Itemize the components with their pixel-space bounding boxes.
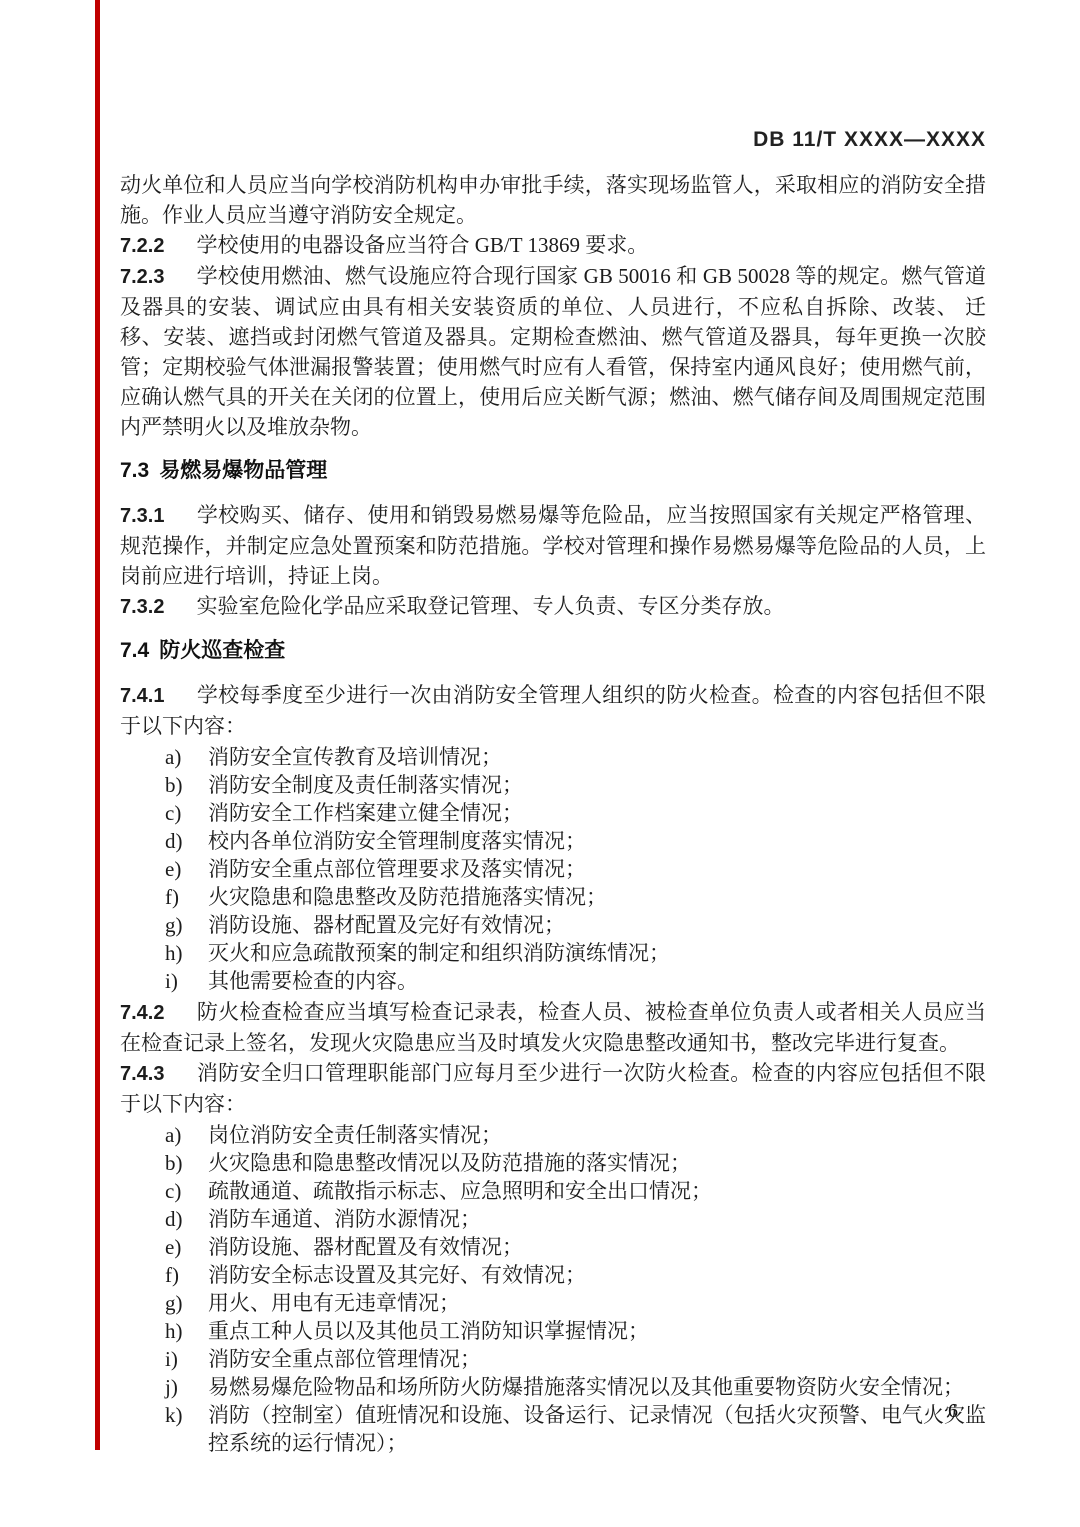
clause-text: 实验室危险化学品应采取登记管理、专人负责、专区分类存放。 — [196, 594, 784, 618]
section-heading-7-3: 7.3易燃易爆物品管理 — [120, 458, 986, 484]
list-item: e)消防设施、器材配置及有效情况； — [165, 1233, 986, 1261]
list-item-text: 重点工种人员以及其他员工消防知识掌握情况； — [208, 1317, 986, 1345]
list-item: i)其他需要检查的内容。 — [165, 967, 986, 995]
list-item-label: d) — [165, 1205, 208, 1233]
list-item: g)消防设施、器材配置及完好有效情况； — [165, 911, 986, 939]
section-number: 7.4 — [120, 639, 149, 662]
list-item: i)消防安全重点部位管理情况； — [165, 1345, 986, 1373]
list-item-text: 消防设施、器材配置及完好有效情况； — [208, 911, 986, 939]
list-item-text: 灭火和应急疏散预案的制定和组织消防演练情况； — [208, 939, 986, 967]
clause-7-2-3: 7.2.3学校使用燃油、燃气设施应符合现行国家 GB 50016 和 GB 50… — [120, 261, 986, 442]
list-item-text: 消防安全制度及责任制落实情况； — [208, 771, 986, 799]
list-item-text: 校内各单位消防安全管理制度落实情况； — [208, 827, 986, 855]
left-accent-bar — [95, 0, 100, 1450]
list-item: d)校内各单位消防安全管理制度落实情况； — [165, 827, 986, 855]
clause-text: 防火检查检查应当填写检查记录表，检查人员、被检查单位负责人或者相关人员应当在检查… — [120, 1000, 986, 1055]
list-item-text: 火灾隐患和隐患整改情况以及防范措施的落实情况； — [208, 1149, 986, 1177]
clause-number: 7.3.1 — [120, 505, 164, 527]
list-item: g)用火、用电有无违章情况； — [165, 1289, 986, 1317]
list-item: e)消防安全重点部位管理要求及落实情况； — [165, 855, 986, 883]
list-item: h)重点工种人员以及其他员工消防知识掌握情况； — [165, 1317, 986, 1345]
list-item-label: c) — [165, 799, 208, 827]
clause-number: 7.2.2 — [120, 235, 164, 257]
list-item-text: 疏散通道、疏散指示标志、应急照明和安全出口情况； — [208, 1177, 986, 1205]
clause-number: 7.2.3 — [120, 266, 164, 288]
list-item-text: 消防安全标志设置及其完好、有效情况； — [208, 1261, 986, 1289]
list-item-label: d) — [165, 827, 208, 855]
list-item: d)消防车通道、消防水源情况； — [165, 1205, 986, 1233]
list-item-label: b) — [165, 771, 208, 799]
list-item-label: i) — [165, 967, 208, 995]
standard-number-header: DB 11/T XXXX—XXXX — [120, 128, 986, 152]
list-item-label: h) — [165, 1317, 208, 1345]
list-item-label: h) — [165, 939, 208, 967]
list-item-label: a) — [165, 743, 208, 771]
list-item: h)灭火和应急疏散预案的制定和组织消防演练情况； — [165, 939, 986, 967]
clause-number: 7.4.1 — [120, 685, 164, 707]
section-number: 7.3 — [120, 459, 149, 482]
list-item-label: c) — [165, 1177, 208, 1205]
document-page: DB 11/T XXXX—XXXX 动火单位和人员应当向学校消防机构申办审批手续… — [120, 128, 986, 1459]
list-item-label: f) — [165, 1261, 208, 1289]
list-item-text: 消防安全宣传教育及培训情况； — [208, 743, 986, 771]
list-item-text: 用火、用电有无违章情况； — [208, 1289, 986, 1317]
list-item-label: e) — [165, 1233, 208, 1261]
clause-7-2-2: 7.2.2学校使用的电器设备应当符合 GB/T 13869 要求。 — [120, 230, 986, 261]
page-number: 6 — [948, 1400, 958, 1423]
list-item-text: 消防安全重点部位管理要求及落实情况； — [208, 855, 986, 883]
list-item-text: 岗位消防安全责任制落实情况； — [208, 1121, 986, 1149]
list-item-text: 其他需要检查的内容。 — [208, 967, 986, 995]
list-item-label: f) — [165, 883, 208, 911]
section-heading-7-4: 7.4防火巡查检查 — [120, 638, 986, 664]
list-item-label: b) — [165, 1149, 208, 1177]
list-item-text: 消防设施、器材配置及有效情况； — [208, 1233, 986, 1261]
list-item: b)消防安全制度及责任制落实情况； — [165, 771, 986, 799]
list-item: c)消防安全工作档案建立健全情况； — [165, 799, 986, 827]
clause-7-3-1: 7.3.1学校购买、储存、使用和销毁易燃易爆等危险品，应当按照国家有关规定严格管… — [120, 500, 986, 591]
section-title: 防火巡查检查 — [159, 639, 285, 662]
clause-text: 学校使用燃油、燃气设施应符合现行国家 GB 50016 和 GB 50028 等… — [120, 264, 986, 439]
paragraph-intro-continuation: 动火单位和人员应当向学校消防机构申办审批手续，落实现场监管人，采取相应的消防安全… — [120, 170, 986, 230]
list-item-label: g) — [165, 1289, 208, 1317]
clause-number: 7.4.2 — [120, 1002, 164, 1024]
list-item-text: 消防（控制室）值班情况和设施、设备运行、记录情况（包括火灾预警、电气火灾监控系统… — [208, 1401, 986, 1457]
clause-text: 学校每季度至少进行一次由消防安全管理人组织的防火检查。检查的内容包括但不限于以下… — [120, 683, 986, 738]
list-item-label: j) — [165, 1373, 208, 1401]
clause-number: 7.3.2 — [120, 596, 164, 618]
clause-text: 学校使用的电器设备应当符合 GB/T 13869 要求。 — [196, 233, 648, 257]
section-title: 易燃易爆物品管理 — [159, 459, 327, 482]
list-item: f)消防安全标志设置及其完好、有效情况； — [165, 1261, 986, 1289]
list-item-text: 易燃易爆危险物品和场所防火防爆措施落实情况以及其他重要物资防火安全情况； — [208, 1373, 986, 1401]
list-item: a)岗位消防安全责任制落实情况； — [165, 1121, 986, 1149]
clause-number: 7.4.3 — [120, 1063, 164, 1085]
clause-7-3-2: 7.3.2实验室危险化学品应采取登记管理、专人负责、专区分类存放。 — [120, 591, 986, 622]
list-item-label: a) — [165, 1121, 208, 1149]
list-item: c)疏散通道、疏散指示标志、应急照明和安全出口情况； — [165, 1177, 986, 1205]
list-item-text: 消防安全工作档案建立健全情况； — [208, 799, 986, 827]
list-item-text: 火灾隐患和隐患整改及防范措施落实情况； — [208, 883, 986, 911]
list-item: k)消防（控制室）值班情况和设施、设备运行、记录情况（包括火灾预警、电气火灾监控… — [165, 1401, 986, 1457]
list-item-text: 消防车通道、消防水源情况； — [208, 1205, 986, 1233]
list-item-label: i) — [165, 1345, 208, 1373]
checklist-7-4-1: a)消防安全宣传教育及培训情况； b)消防安全制度及责任制落实情况； c)消防安… — [165, 743, 986, 995]
clause-7-4-1: 7.4.1学校每季度至少进行一次由消防安全管理人组织的防火检查。检查的内容包括但… — [120, 680, 986, 741]
list-item-label: k) — [165, 1401, 208, 1429]
checklist-7-4-3: a)岗位消防安全责任制落实情况； b)火灾隐患和隐患整改情况以及防范措施的落实情… — [165, 1121, 986, 1457]
clause-text: 学校购买、储存、使用和销毁易燃易爆等危险品，应当按照国家有关规定严格管理、规范操… — [120, 503, 986, 588]
list-item: j)易燃易爆危险物品和场所防火防爆措施落实情况以及其他重要物资防火安全情况； — [165, 1373, 986, 1401]
list-item-label: e) — [165, 855, 208, 883]
clause-7-4-2: 7.4.2防火检查检查应当填写检查记录表，检查人员、被检查单位负责人或者相关人员… — [120, 997, 986, 1058]
list-item: a)消防安全宣传教育及培训情况； — [165, 743, 986, 771]
list-item-label: g) — [165, 911, 208, 939]
clause-text: 消防安全归口管理职能部门应每月至少进行一次防火检查。检查的内容应包括但不限于以下… — [120, 1061, 986, 1116]
list-item: b)火灾隐患和隐患整改情况以及防范措施的落实情况； — [165, 1149, 986, 1177]
list-item: f)火灾隐患和隐患整改及防范措施落实情况； — [165, 883, 986, 911]
clause-7-4-3: 7.4.3消防安全归口管理职能部门应每月至少进行一次防火检查。检查的内容应包括但… — [120, 1058, 986, 1119]
list-item-text: 消防安全重点部位管理情况； — [208, 1345, 986, 1373]
